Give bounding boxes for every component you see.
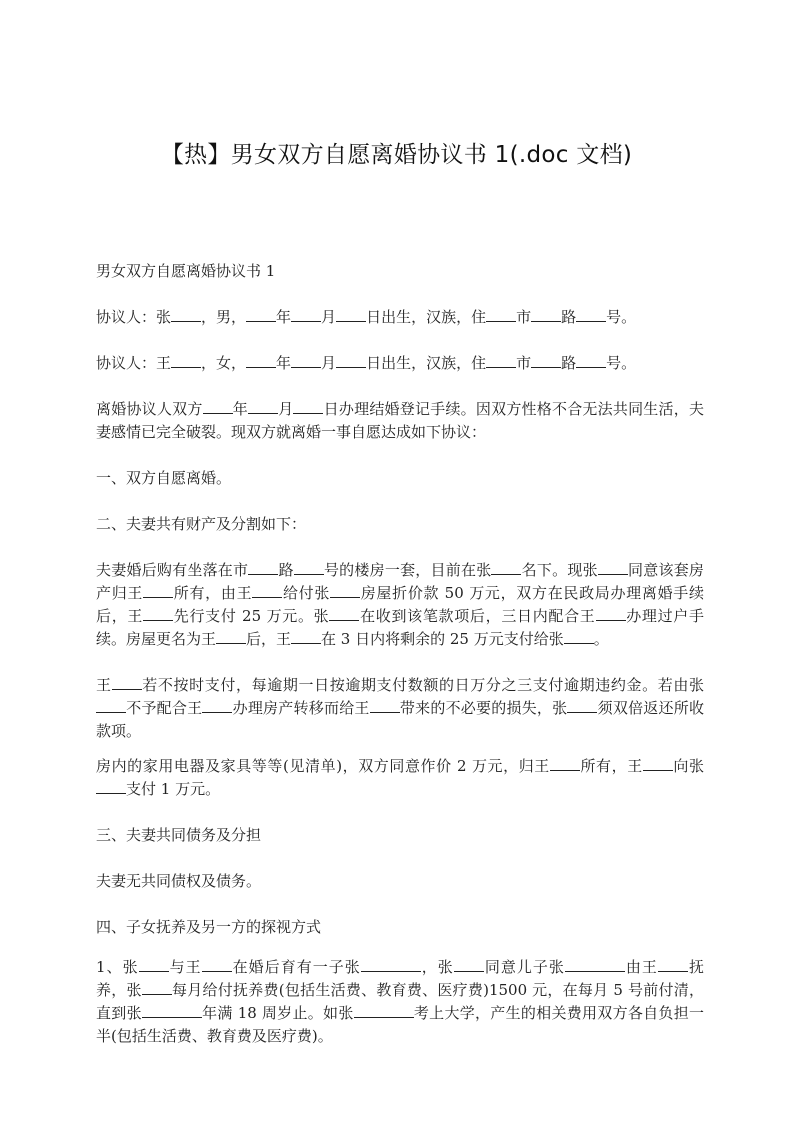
document-page: 【热】男女双方自愿离婚协议书 1(.doc 文档) 男女双方自愿离婚协议书 1 …: [0, 0, 793, 1122]
blank-field: [491, 560, 521, 575]
text: 协议人：张: [96, 308, 171, 326]
blank-field: [370, 698, 400, 713]
text: 月: [321, 354, 336, 372]
blank-field: [216, 629, 246, 644]
blank-field: [486, 353, 516, 368]
text: 日出生，汉族，住: [366, 354, 486, 372]
blank-field: [171, 307, 201, 322]
child-paragraph: 1、张与王在婚后育有一子张，张同意儿子张由王抚养，张每月给付抚养费(包括生活费、…: [96, 956, 704, 1048]
text: 先行支付 25 万元。张: [173, 607, 329, 625]
text: 年: [233, 400, 248, 418]
text: 给付张: [282, 584, 330, 602]
blank-field: [354, 1003, 414, 1018]
blank-field: [531, 307, 561, 322]
text: ，张: [421, 958, 454, 976]
text: 支付 1 万元。: [126, 780, 220, 798]
text: 在婚后育有一子张: [232, 958, 361, 976]
blank-field: [643, 756, 673, 771]
text: 在 3 日内将剩余的 25 万元支付给张: [321, 630, 564, 648]
text: 协议人：王: [96, 354, 171, 372]
debt-paragraph: 夫妻无共同债权及债务。: [96, 870, 704, 893]
text: 年: [276, 308, 291, 326]
blank-field: [486, 307, 516, 322]
blank-field: [293, 399, 323, 414]
text: 由王: [625, 958, 658, 976]
blank-field: [564, 629, 594, 644]
text: 号的楼房一套，目前在张: [324, 561, 492, 579]
blank-field: [252, 583, 282, 598]
blank-field: [598, 560, 628, 575]
text: 向张: [673, 757, 704, 775]
text: 。: [594, 630, 609, 648]
blank-field: [143, 583, 173, 598]
text: 若不按时支付，每逾期一日按逾期支付数额的日万分之三支付逾期违约金。若由张: [142, 676, 704, 694]
blank-field: [567, 698, 597, 713]
blank-field: [248, 399, 278, 414]
text: 日出生，汉族，住: [366, 308, 486, 326]
blank-field: [248, 560, 278, 575]
blank-field: [202, 698, 232, 713]
section-1-heading: 一、双方自愿离婚。: [96, 467, 704, 490]
blank-field: [658, 957, 688, 972]
text: 号。: [606, 354, 636, 372]
blank-field: [143, 606, 173, 621]
text: 月: [278, 400, 293, 418]
text: 不予配合王: [126, 699, 202, 717]
text: 与王: [169, 958, 202, 976]
document-title: 【热】男女双方自愿离婚协议书 1(.doc 文档): [0, 136, 793, 169]
blank-field: [112, 675, 142, 690]
document-body: 男女双方自愿离婚协议书 1 协议人：张，男，年月日出生，汉族，住市路号。 协议人…: [96, 260, 704, 1048]
text: 路: [561, 354, 576, 372]
blank-field: [142, 1003, 202, 1018]
blank-field: [336, 307, 366, 322]
text: 年: [276, 354, 291, 372]
section-2-heading: 二、夫妻共有财产及分割如下：: [96, 513, 704, 536]
intro-paragraph: 离婚协议人双方年月日办理结婚登记手续。因双方性格不合无法共同生活，夫妻感情已完全…: [96, 398, 704, 444]
blank-field: [329, 606, 359, 621]
house-paragraph: 夫妻婚后购有坐落在市路号的楼房一套，目前在张名下。现张同意该套房产归王所有，由王…: [96, 559, 704, 651]
blank-field: [576, 307, 606, 322]
section-4-heading: 四、子女抚养及另一方的探视方式: [96, 916, 704, 939]
blank-field: [203, 399, 233, 414]
blank-field: [361, 957, 421, 972]
blank-field: [576, 353, 606, 368]
text: 1、张: [96, 958, 139, 976]
section-3-heading: 三、夫妻共同债务及分担: [96, 824, 704, 847]
party-male-line: 协议人：张，男，年月日出生，汉族，住市路号。: [96, 306, 704, 329]
text: 王: [96, 676, 112, 694]
penalty-paragraph: 王若不按时支付，每逾期一日按逾期支付数额的日万分之三支付逾期违约金。若由张不予配…: [96, 674, 704, 743]
text: 年满 18 周岁止。如张: [202, 1004, 354, 1022]
furniture-paragraph: 房内的家用电器及家具等等(见清单)，双方同意作价 2 万元，归王所有，王向张支付…: [96, 755, 704, 801]
blank-field: [142, 980, 172, 995]
text: 在收到该笔款项后，三日内配合王: [359, 607, 595, 625]
text: 办理房产转移而给王: [232, 699, 369, 717]
blank-field: [291, 353, 321, 368]
text: 后，王: [246, 630, 291, 648]
text: 路: [561, 308, 576, 326]
text: 夫妻婚后购有坐落在市: [96, 561, 248, 579]
text: 月: [321, 308, 336, 326]
blank-field: [96, 779, 126, 794]
blank-field: [171, 353, 201, 368]
blank-field: [291, 629, 321, 644]
party-female-line: 协议人：王，女，年月日出生，汉族，住市路号。: [96, 352, 704, 375]
text: 路: [278, 561, 293, 579]
blank-field: [202, 957, 232, 972]
blank-field: [330, 583, 360, 598]
blank-field: [291, 307, 321, 322]
blank-field: [294, 560, 324, 575]
text: 市: [516, 308, 531, 326]
blank-field: [596, 606, 626, 621]
blank-field: [550, 756, 580, 771]
text: 所有，由王: [173, 584, 252, 602]
blank-field: [246, 307, 276, 322]
text: 所有，王: [580, 757, 643, 775]
text: 市: [516, 354, 531, 372]
text: ，女，: [201, 354, 246, 372]
text: ，男，: [201, 308, 246, 326]
blank-field: [454, 957, 484, 972]
agreement-subtitle: 男女双方自愿离婚协议书 1: [96, 260, 704, 283]
blank-field: [531, 353, 561, 368]
text: 带来的不必要的损失，张: [400, 699, 568, 717]
text: 名下。现张: [521, 561, 597, 579]
blank-field: [139, 957, 169, 972]
blank-field: [246, 353, 276, 368]
text: 离婚协议人双方: [96, 400, 203, 418]
text: 同意儿子张: [484, 958, 565, 976]
blank-field: [565, 957, 625, 972]
text: 房内的家用电器及家具等等(见清单)，双方同意作价 2 万元，归王: [96, 757, 550, 775]
blank-field: [96, 698, 126, 713]
text: 号。: [606, 308, 636, 326]
blank-field: [336, 353, 366, 368]
